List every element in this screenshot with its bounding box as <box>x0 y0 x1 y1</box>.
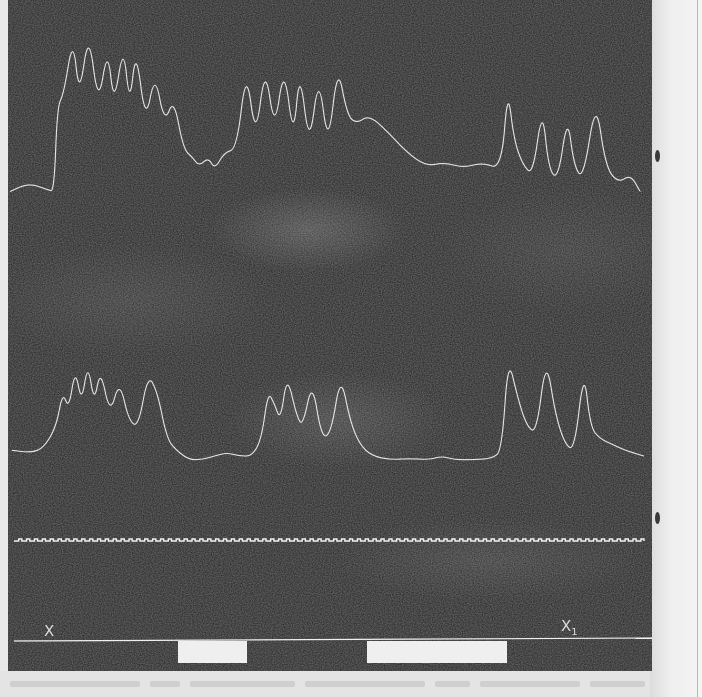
lower-trace <box>12 371 644 460</box>
label-strip-right <box>367 641 507 663</box>
x1-marker: X1 <box>561 617 578 638</box>
x1-marker-subscript: 1 <box>571 627 577 638</box>
binding-hole-upper <box>655 150 660 162</box>
label-strip-left <box>178 641 247 663</box>
x-marker-text: X <box>44 622 54 640</box>
page-margin <box>650 0 702 697</box>
caption-smudge <box>305 681 425 687</box>
x1-marker-text: X <box>561 617 571 635</box>
caption-smudge <box>190 681 295 687</box>
caption-smudge <box>590 681 645 687</box>
reference-line <box>14 638 652 641</box>
time-base-line <box>14 539 644 541</box>
oscillogram-plate <box>8 0 652 671</box>
caption-smudge <box>435 681 470 687</box>
binding-hole-lower <box>655 512 660 524</box>
caption-smudge <box>150 681 180 687</box>
page-edge <box>697 0 698 697</box>
caption-strip <box>0 671 650 697</box>
upper-trace <box>10 48 640 191</box>
caption-smudge <box>10 681 140 687</box>
x-marker: X <box>44 622 54 640</box>
trace-layer <box>8 0 652 671</box>
caption-smudge <box>480 681 580 687</box>
